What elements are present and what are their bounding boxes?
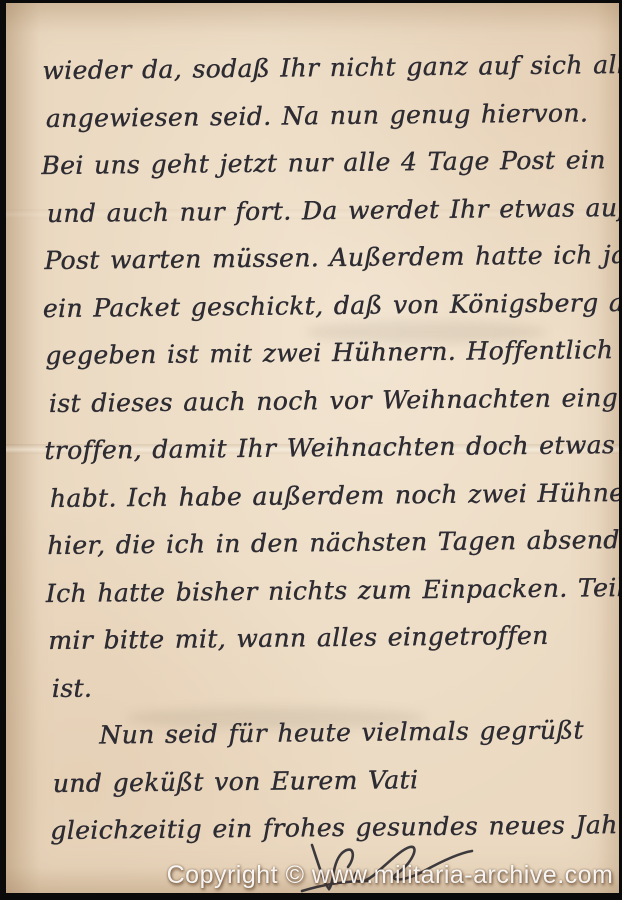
handwritten-line: Ich hatte bisher nichts zum Einpacken. T… bbox=[9, 563, 619, 617]
letter-paper: wieder da, sodaß Ihr nicht ganz auf sich… bbox=[6, 3, 619, 893]
handwritten-line: ein Packet geschickt, daß von Königsberg… bbox=[6, 278, 619, 332]
handwritten-line: Bei uns geht jetzt nur alle 4 Tage Post … bbox=[6, 136, 619, 190]
handwritten-line: troffen, damit Ihr Weihnachten doch etwa… bbox=[8, 421, 619, 475]
handwritten-line: mir bitte mit, wann alles eingetroffen bbox=[12, 611, 619, 665]
handwritten-line: ist. bbox=[15, 658, 619, 712]
scanned-letter-photo: wieder da, sodaß Ihr nicht ganz auf sich… bbox=[0, 0, 622, 900]
handwritten-line-paragraph-start: Nun seid für heute vielmals gegrüßt bbox=[11, 706, 619, 760]
handwritten-line: gegeben ist mit zwei Hühnern. Hoffentlic… bbox=[9, 326, 619, 380]
handwritten-line: wieder da, sodaß Ihr nicht ganz auf sich… bbox=[6, 41, 619, 95]
handwritten-line: angewiesen seid. Na nun genug hiervon. bbox=[9, 88, 619, 142]
handwritten-line: Post warten müssen. Außerdem hatte ich j… bbox=[8, 231, 619, 285]
handwritten-line: hier, die ich in den nächsten Tagen abse… bbox=[11, 516, 619, 570]
handwritten-line: habt. Ich habe außerdem noch zwei Hühner bbox=[13, 468, 619, 522]
handwritten-line: und geküßt von Eurem Vati bbox=[16, 753, 619, 807]
watermark-text: Copyright © www.militaria-archive.com bbox=[167, 861, 614, 890]
handwritten-letter-body: wieder da, sodaß Ihr nicht ganz auf sich… bbox=[6, 41, 619, 855]
handwritten-line: ist dieses auch noch vor Weihnachten ein… bbox=[12, 373, 619, 427]
handwritten-line: und auch nur fort. Da werdet Ihr etwas a… bbox=[10, 183, 619, 237]
